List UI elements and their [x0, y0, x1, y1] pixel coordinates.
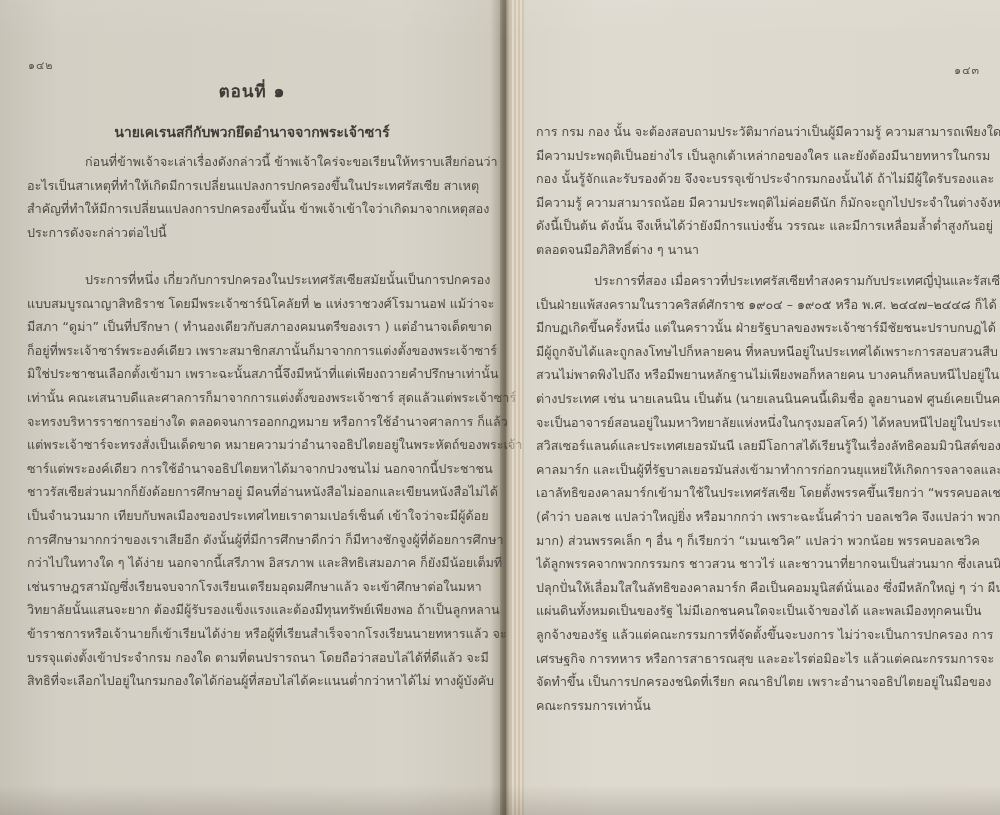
text-line: ต่างประเทศ เช่น นายเลนนิน เป็นต้น (นายเล… [536, 387, 1000, 411]
text-line: ก็อยู่ที่พระเจ้าซาร์พระองค์เดียว เพราะสม… [27, 339, 522, 363]
text-line: ดังนี้เป็นต้น ดังนั้น จึงเห็นได้ว่ายังมี… [536, 214, 1000, 238]
text-line: ได้ลูกพรรคจากพวกกรรมกร ชาวสวน ชาวไร่ และ… [536, 552, 1000, 576]
text-line: วิทยาลัยนั้นแสนจะยาก ต้องมีผู้รับรองแข็ง… [27, 598, 522, 622]
text-line: เป็นฝ่ายแพ้สงครามในราวคริสต์ศักราช ๑๙๐๔ … [536, 293, 1000, 317]
text-line: จะเป็นอาจารย์สอนอยู่ในมหาวิทยาลัยแห่งหนึ… [536, 411, 1000, 435]
text-line: ตลอดจนมือภิสิทธิ์ต่าง ๆ นานา [536, 238, 1000, 262]
text-line [27, 693, 522, 717]
text-line: เศรษฐกิจ การทหาร หรือการสาธารณสุข และอะไ… [536, 647, 1000, 671]
text-line: เท่านั้น คณะเสนาบดีและศาลการก็มาจากการแต… [27, 386, 522, 410]
text-line: การ กรม กอง นั้น จะต้องสอบถามประวัติมาก่… [536, 120, 1000, 144]
right-page: ๑๔๓ การ กรม กอง นั้น จะต้องสอบถามประวัติ… [510, 0, 1000, 815]
text-line: ก่อนที่ข้าพเจ้าจะเล่าเรื่องดังกล่าวนี้ ข… [27, 150, 498, 174]
paragraph: ประการที่หนึ่ง เกี่ยวกับการปกครองในประเท… [27, 268, 522, 740]
text-line: มีความรู้ ความสามารถน้อย มีความประพฤติไม… [536, 191, 1000, 215]
lighting-overlay [0, 0, 1000, 40]
text-line: จะทรงบริหารราชการอย่างใด ตลอดจนการออกกฎห… [27, 410, 522, 434]
text-line: แต่พระเจ้าซาร์จะทรงสั่งเป็นเด็ดขาด หมายค… [27, 433, 522, 457]
text-line: บรรจุแต่งตั้งเข้าประจำกรม กองใด ตามที่ตน… [27, 646, 522, 670]
text-line: มีผู้ถูกจับได้และถูกลงโทษไปก็หลายคน ที่ห… [536, 340, 1000, 364]
text-line: แบบสมบูรณาญาสิทธิราช โดยมีพระเจ้าซาร์นิโ… [27, 292, 522, 316]
text-line: อะไรเป็นสาเหตุที่ทำให้เกิดมีการเปลี่ยนแป… [27, 174, 498, 198]
paragraph: การ กรม กอง นั้น จะต้องสอบถามประวัติมาก่… [536, 120, 1000, 262]
text-line: ประการที่หนึ่ง เกี่ยวกับการปกครองในประเท… [27, 268, 522, 292]
text-line: กอง นั้นรู้จักและรับรองด้วย จึงจะบรรจุเข… [536, 167, 1000, 191]
text-line: ซาร์แต่พระองค์เดียว การใช้อำนาจอธิปไตยหา… [27, 457, 522, 481]
text-line: มิใช่ประชาชนเลือกตั้งเข้ามา เพราะฉะนั้นส… [27, 362, 522, 386]
text-line: มีความประพฤติเป็นอย่างไร เป็นลูกเต้าเหล่… [536, 144, 1000, 168]
text-line: (คำว่า บอลเช แปลว่าใหญ่ยิ่ง หรือมากกว่า … [536, 505, 1000, 529]
page-number: ๑๔๓ [954, 61, 980, 79]
text-line: การศึกษามากกว่าของเราเสียอีก ดังนั้นผู้ท… [27, 528, 522, 552]
text-line: สำคัญที่ทำให้มีการเปลี่ยนแปลงการปกครองขึ… [27, 197, 498, 221]
text-line: มีสภา “ดูม่า” เป็นที่ปรึกษา ( ทำนองเดียว… [27, 315, 522, 339]
lighting-overlay [0, 785, 1000, 815]
chapter-title: ตอนที่ ๑ [0, 78, 504, 105]
page-number: ๑๔๒ [28, 56, 54, 74]
text-line: มีกบฏเกิดขึ้นครั้งหนึ่ง แต่ในคราวนั้น ฝ่… [536, 316, 1000, 340]
text-line: ปลุกปั่นให้เลื่อมใสในลัทธิของคาลมาร์ก คื… [536, 576, 1000, 600]
text-line: เอาลัทธิของคาลมาร์กเข้ามาใช้ในประเทศรัสเ… [536, 481, 1000, 505]
text-line: ประการดังจะกล่าวต่อไปนี้ [27, 221, 498, 245]
text-line: ข้าราชการหรือเจ้านายก็เข้าเรียนได้ง่าย ห… [27, 622, 522, 646]
text-line: สวนไม่พาดพิงไปถึง หรือมีพยานหลักฐานไม่เพ… [536, 363, 1000, 387]
text-line: แผ่นดินทั้งหมดเป็นของรัฐ ไม่มีเอกชนคนใดจ… [536, 599, 1000, 623]
text-line: ชาวรัสเซียส่วนมากก็ยังด้อยการศึกษาอยู่ ม… [27, 480, 522, 504]
text-line: คณะกรรมการเท่านั้น [536, 694, 1000, 718]
text-line: ประการที่สอง เมื่อคราวที่ประเทศรัสเซียทำ… [536, 269, 1000, 293]
text-line [27, 716, 522, 740]
text-line: ลูกจ้างของรัฐ แล้วแต่คณะกรรมการที่จัดตั้… [536, 623, 1000, 647]
text-line: กว่าไปในทางใด ๆ ได้ง่าย นอกจากนี้เสรีภาพ… [27, 551, 522, 575]
paragraph: ก่อนที่ข้าพเจ้าจะเล่าเรื่องดังกล่าวนี้ ข… [27, 150, 498, 244]
text-line: มาก) ส่วนพรรคเล็ก ๆ อื่น ๆ ก็เรียกว่า “เ… [536, 529, 1000, 553]
open-book-spread: ๑๔๒ ตอนที่ ๑ นายเคเรนสกีกับพวกยึดอำนาจจา… [0, 0, 1000, 815]
text-line: คาลมาร์ก และเป็นผู้ที่รัฐบาลเยอรมันส่งเข… [536, 458, 1000, 482]
text-line: เป็นจำนวนมาก เทียบกับพลเมืองของประเทศไทย… [27, 504, 522, 528]
text-line: เช่นราษฎรสามัญซึ่งเรียนจบจากโรงเรียนเตรี… [27, 575, 522, 599]
paragraph: ประการที่สอง เมื่อคราวที่ประเทศรัสเซียทำ… [536, 269, 1000, 717]
text-line: สิทธิที่จะเลือกไปอยู่ในกรมกองใดได้ก่อนผู… [27, 669, 522, 693]
text-line: จัดทำขึ้น เป็นการปกครองชนิดที่เรียก คณาธ… [536, 670, 1000, 694]
left-page: ๑๔๒ ตอนที่ ๑ นายเคเรนสกีกับพวกยึดอำนาจจา… [0, 0, 504, 815]
chapter-subtitle: นายเคเรนสกีกับพวกยึดอำนาจจากพระเจ้าซาร์ [0, 122, 504, 144]
text-line: สวิสเซอร์แลนด์และประเทศเยอรมันนี เลยมีโอ… [536, 434, 1000, 458]
